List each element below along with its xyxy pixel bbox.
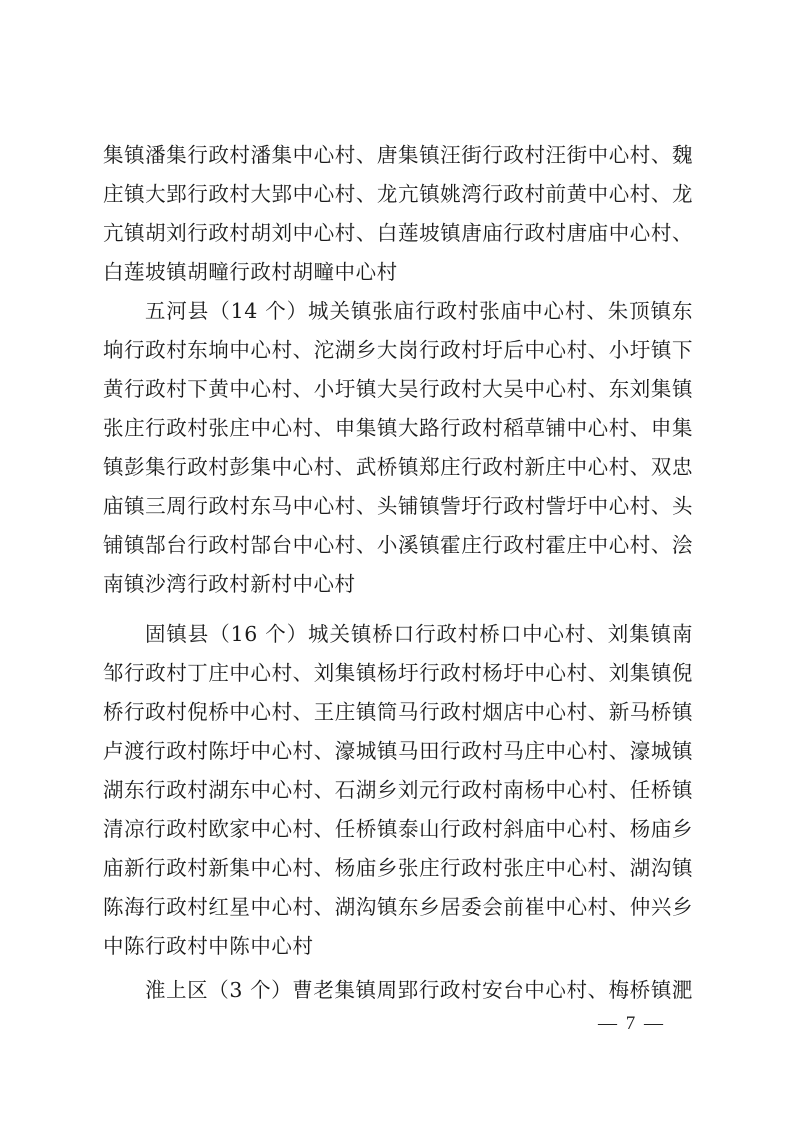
page-number: — 7 — bbox=[598, 1013, 665, 1035]
paragraph-heading-line-huaishang: 淮上区（3 个）曹老集镇周郢行政村安台中心村、梅桥镇淝 bbox=[145, 978, 693, 1002]
text-line: 桥行政村倪桥中心村、王庄镇筒马行政村烟店中心村、新马桥镇 bbox=[103, 700, 693, 724]
text-line: 镇彭集行政村彭集中心村、武桥镇郑庄行政村新庄中心村、双忠 bbox=[103, 455, 693, 479]
text-line: 庙新行政村新集中心村、杨庙乡张庄行政村张庄中心村、湖沟镇 bbox=[103, 856, 693, 880]
document-page: 集镇潘集行政村潘集中心村、唐集镇汪街行政村汪街中心村、魏 庄镇大郢行政村大郢中心… bbox=[0, 0, 793, 1122]
text-line: 张庄行政村张庄中心村、申集镇大路行政村稻草铺中心村、申集 bbox=[103, 416, 693, 440]
text-line: 邹行政村丁庄中心村、刘集镇杨圩行政村杨圩中心村、刘集镇倪 bbox=[103, 661, 693, 685]
text-line: 亢镇胡刘行政村胡刘中心村、白莲坡镇唐庙行政村唐庙中心村、 bbox=[103, 221, 693, 245]
text-line: 庄镇大郢行政村大郢中心村、龙亢镇姚湾行政村前黄中心村、龙 bbox=[103, 182, 693, 206]
text-line: 垧行政村东垧中心村、沱湖乡大岗行政村圩后中心村、小圩镇下 bbox=[103, 338, 693, 362]
text-line: 陈海行政村红星中心村、湖沟镇东乡居委会前崔中心村、仲兴乡 bbox=[103, 895, 693, 919]
text-line: 中陈行政村中陈中心村 bbox=[103, 934, 693, 958]
text-line: 卢渡行政村陈圩中心村、濠城镇马田行政村马庄中心村、濠城镇 bbox=[103, 739, 693, 763]
text-line: 湖东行政村湖东中心村、石湖乡刘元行政村南杨中心村、任桥镇 bbox=[103, 778, 693, 802]
text-line: 南镇沙湾行政村新村中心村 bbox=[103, 572, 693, 596]
text-line: 清凉行政村欧家中心村、任桥镇泰山行政村斜庙中心村、杨庙乡 bbox=[103, 817, 693, 841]
text-line: 铺镇郜台行政村郜台中心村、小溪镇霍庄行政村霍庄中心村、浍 bbox=[103, 533, 693, 557]
text-line: 黄行政村下黄中心村、小圩镇大吴行政村大吴中心村、东刘集镇 bbox=[103, 377, 693, 401]
paragraph-heading-line-guzhen: 固镇县（16 个）城关镇桥口行政村桥口中心村、刘集镇南 bbox=[145, 622, 693, 646]
text-line: 白莲坡镇胡疃行政村胡疃中心村 bbox=[103, 260, 693, 284]
text-line: 集镇潘集行政村潘集中心村、唐集镇汪街行政村汪街中心村、魏 bbox=[103, 143, 693, 167]
text-line: 庙镇三周行政村东马中心村、头铺镇訾圩行政村訾圩中心村、头 bbox=[103, 494, 693, 518]
paragraph-heading-line-wuhe: 五河县（14 个）城关镇张庙行政村张庙中心村、朱顶镇东 bbox=[145, 299, 693, 323]
